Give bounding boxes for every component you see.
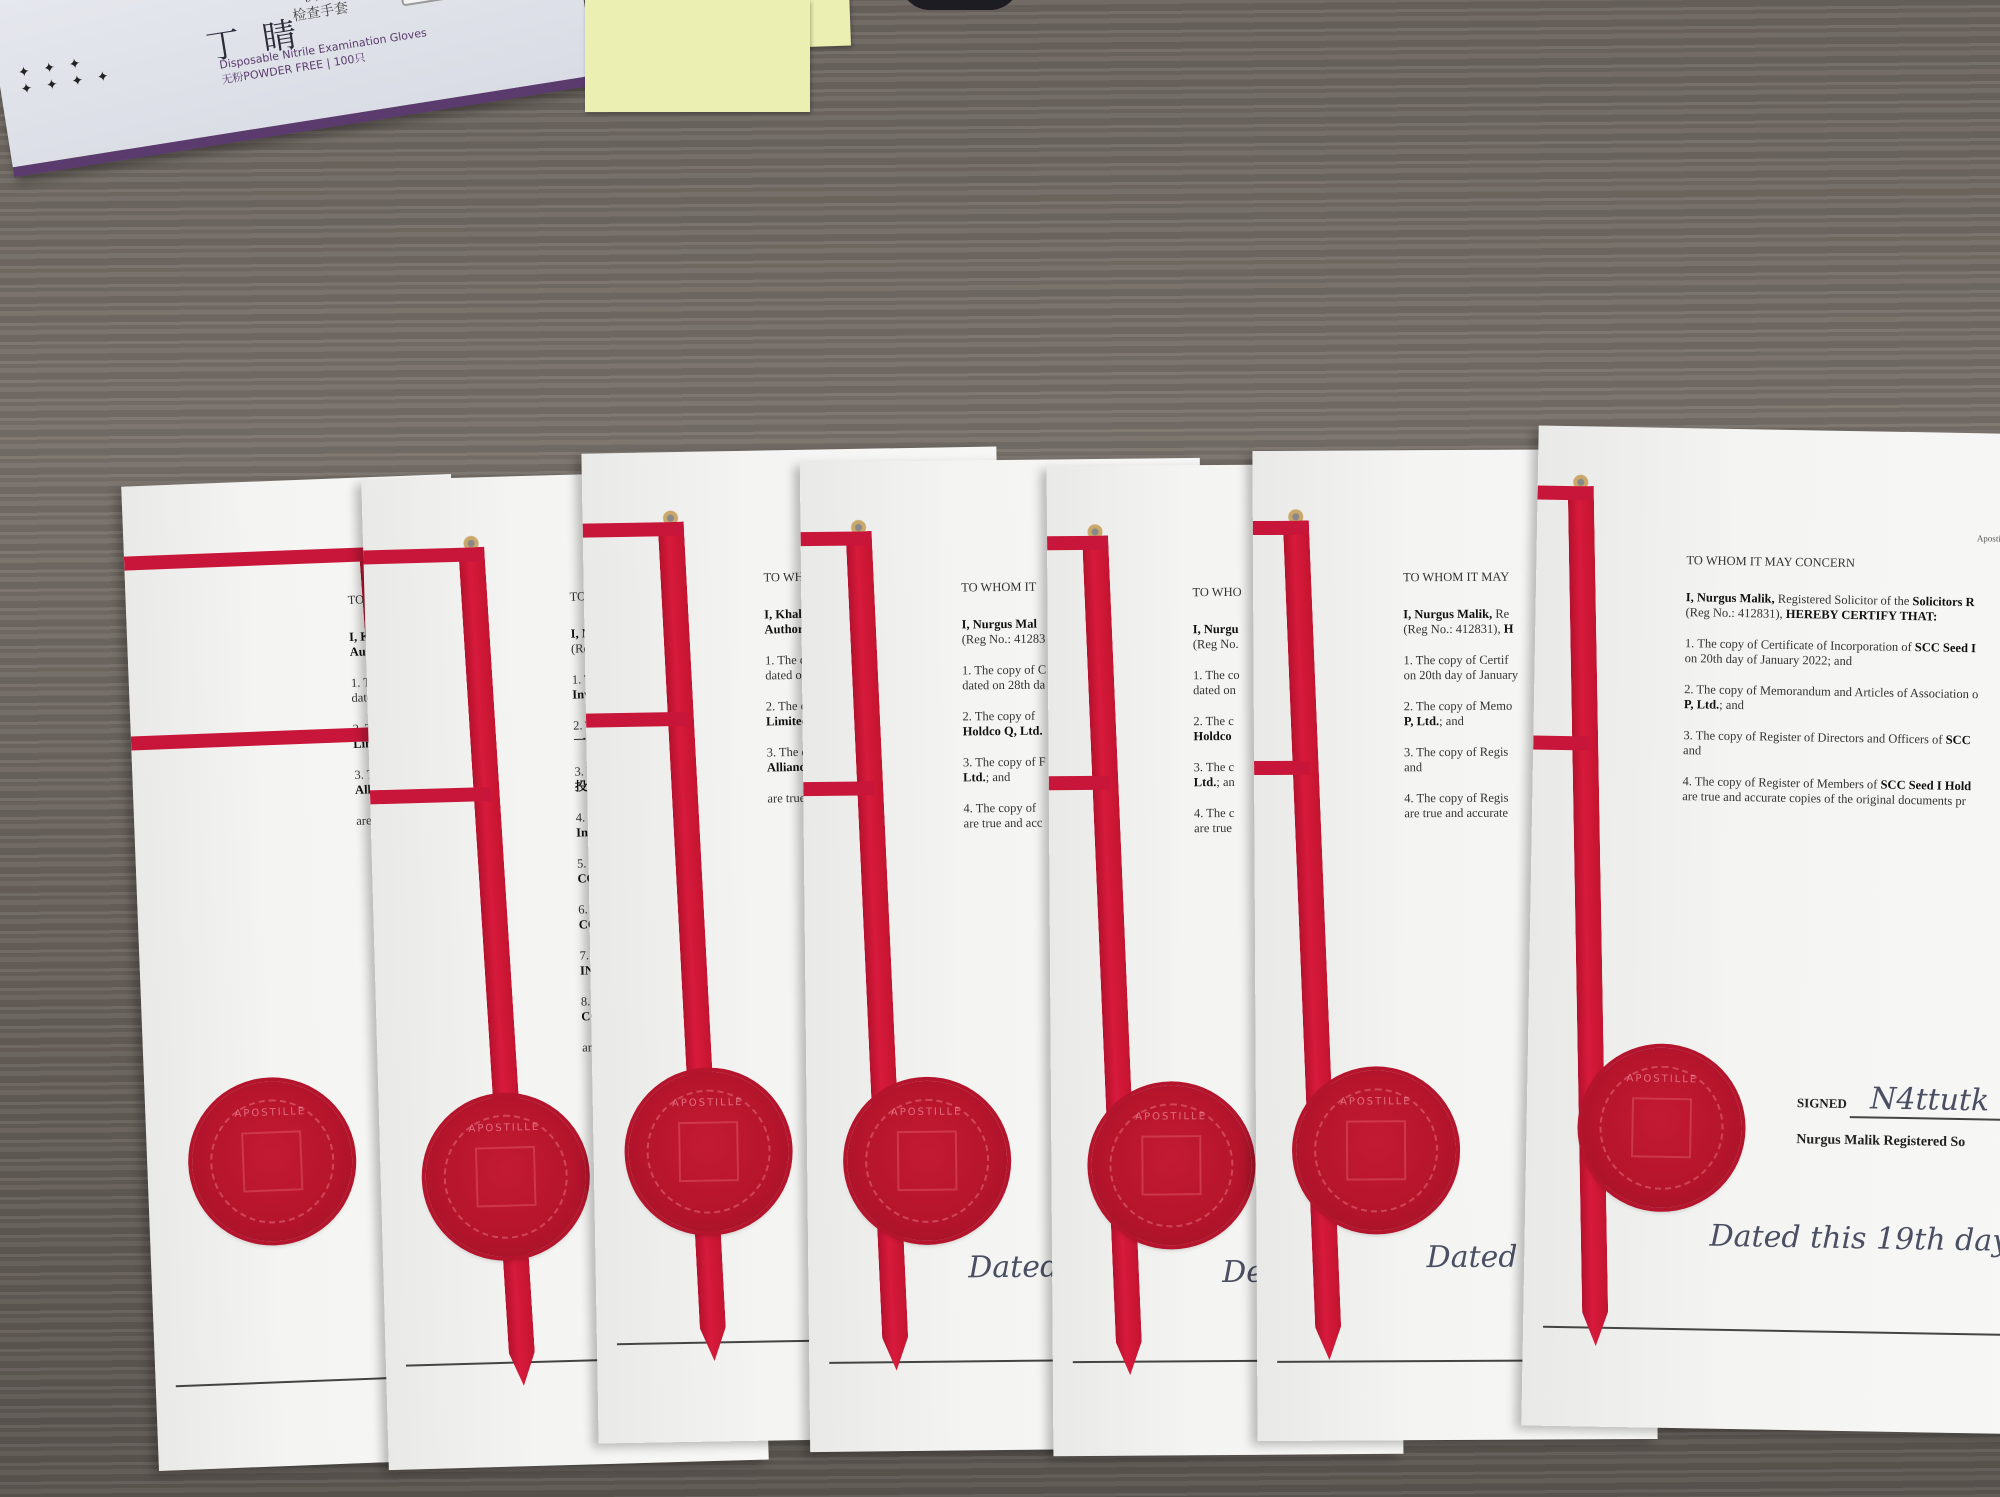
red-ribbon	[1082, 535, 1143, 1375]
document-paragraph: 3. The copy of Register of Directors and…	[1683, 728, 1978, 763]
dark-object	[900, 0, 1020, 10]
document-paragraph: 3. The cLtd.; an	[1194, 760, 1243, 790]
document-paragraph: 3. The copy of FLtd.; and	[963, 755, 1047, 786]
ribbon-tie	[803, 781, 874, 796]
document-paragraph: 1. The copy of Cdated on 28th da	[962, 663, 1046, 694]
apostille-seal-icon: APOSTILLE	[627, 1070, 790, 1233]
apostille-seal-icon: APOSTILLE	[846, 1080, 1008, 1242]
document-paragraph: 4. The care true	[1194, 806, 1243, 836]
document-paragraph: 2. The copy ofHoldco Q, Ltd.	[962, 709, 1046, 740]
ribbon-tie	[1254, 761, 1310, 775]
ribbon-tie	[583, 522, 684, 538]
ribbon-tie	[586, 712, 687, 728]
glove-size-badge: M中号	[395, 0, 450, 6]
document-paragraph: 4. The copy of Regisare true and accurat…	[1404, 791, 1519, 822]
document-paragraph: I, Nurgus Malik, Registered Solicitor of…	[1685, 590, 1980, 625]
red-ribbon	[1568, 486, 1609, 1346]
handwritten-date: Dated this 19th day	[1709, 1219, 2000, 1259]
document-paragraph: I, Nurgu(Reg No.	[1193, 622, 1242, 652]
ribbon-tie	[801, 531, 872, 546]
ribbon-tie	[1533, 735, 1589, 750]
red-ribbon	[658, 521, 728, 1361]
ribbon-tie	[1253, 521, 1309, 535]
document-paragraph: I, Nurgus Malik, Re(Reg No.: 412831), H	[1403, 607, 1518, 638]
ribbon-tie	[1047, 536, 1108, 550]
document-paragraph: 4. The copy of Register of Members of SC…	[1682, 774, 1977, 809]
glove-box: ✦✦✦✦✦✦✦ 丁 睛 一次性使用检查手套 Disposable Nitrile…	[0, 0, 597, 177]
handwritten-date: Dated	[968, 1249, 1059, 1285]
document-paragraph: 1. The codated on	[1193, 668, 1242, 698]
document-paragraph: 2. The copy of MemoP, Ltd.; and	[1404, 699, 1519, 730]
ribbon-tie	[370, 787, 491, 804]
document-heading: TO WH	[763, 570, 806, 586]
document-text: TO WHOM ITI, Nurgus Mal(Reg No.: 412831.…	[961, 580, 1048, 848]
ribbon-tie	[1537, 486, 1593, 501]
document-paragraph: 1. The copy of Certifon 20th day of Janu…	[1403, 653, 1518, 684]
document-text: TO WHOM IT MAY CONCERNI, Nurgus Malik, R…	[1682, 553, 1981, 825]
document-paragraph: 4. The copy ofare true and acc	[963, 801, 1047, 832]
apostille-label: Apostille	[1977, 533, 2000, 544]
document-paragraph: I, Nurgus Mal(Reg No.: 41283	[961, 617, 1045, 648]
document-paragraph: 3. The copy of Regisand	[1404, 745, 1519, 776]
glove-box-subtitle: 一次性使用检查手套	[289, 0, 363, 26]
document-heading: TO WHOM IT MAY	[1403, 570, 1518, 586]
apostille-seal-icon: APOSTILLE	[1091, 1085, 1252, 1246]
apostille-seal-icon: APOSTILLE	[1580, 1046, 1743, 1209]
apostille-seal-icon: APOSTILLE	[424, 1095, 588, 1259]
apostille-seal-icon: APOSTILLE	[1296, 1070, 1457, 1231]
red-ribbon	[458, 547, 537, 1387]
apostille-document: ApostilleTO WHOM IT MAY CONCERNI, Nurgus…	[1521, 426, 2000, 1435]
document-paragraph: 2. The copy of Memorandum and Articles o…	[1684, 682, 1979, 717]
document-paragraph: 2. The cHoldco	[1193, 714, 1242, 744]
sticky-note-front	[585, 0, 810, 112]
document-heading: TO WHOM IT MAY CONCERN	[1686, 553, 1980, 573]
document-paragraph: 1. The copy of Certificate of Incorporat…	[1685, 636, 1980, 671]
document-heading: TO WHO	[1192, 585, 1241, 600]
document-text: TO WHOI, Nurgu(Reg No.1. The codated on2…	[1192, 585, 1243, 852]
red-ribbon	[846, 531, 910, 1371]
signature-line	[1543, 1326, 2000, 1337]
document-heading: TO WHOM IT	[961, 580, 1045, 596]
ribbon-tie	[1049, 776, 1110, 790]
box-pattern: ✦✦✦✦✦✦✦	[17, 49, 124, 99]
ribbon-tie	[124, 547, 385, 571]
document-text: TO WHOM IT MAYI, Nurgus Malik, Re(Reg No…	[1403, 570, 1519, 838]
apostille-seal-icon: APOSTILLE	[189, 1078, 355, 1244]
signature-block: SIGNED N4ttutkNurgus Malik Registered So	[1796, 1080, 2000, 1152]
red-ribbon	[1283, 520, 1343, 1360]
